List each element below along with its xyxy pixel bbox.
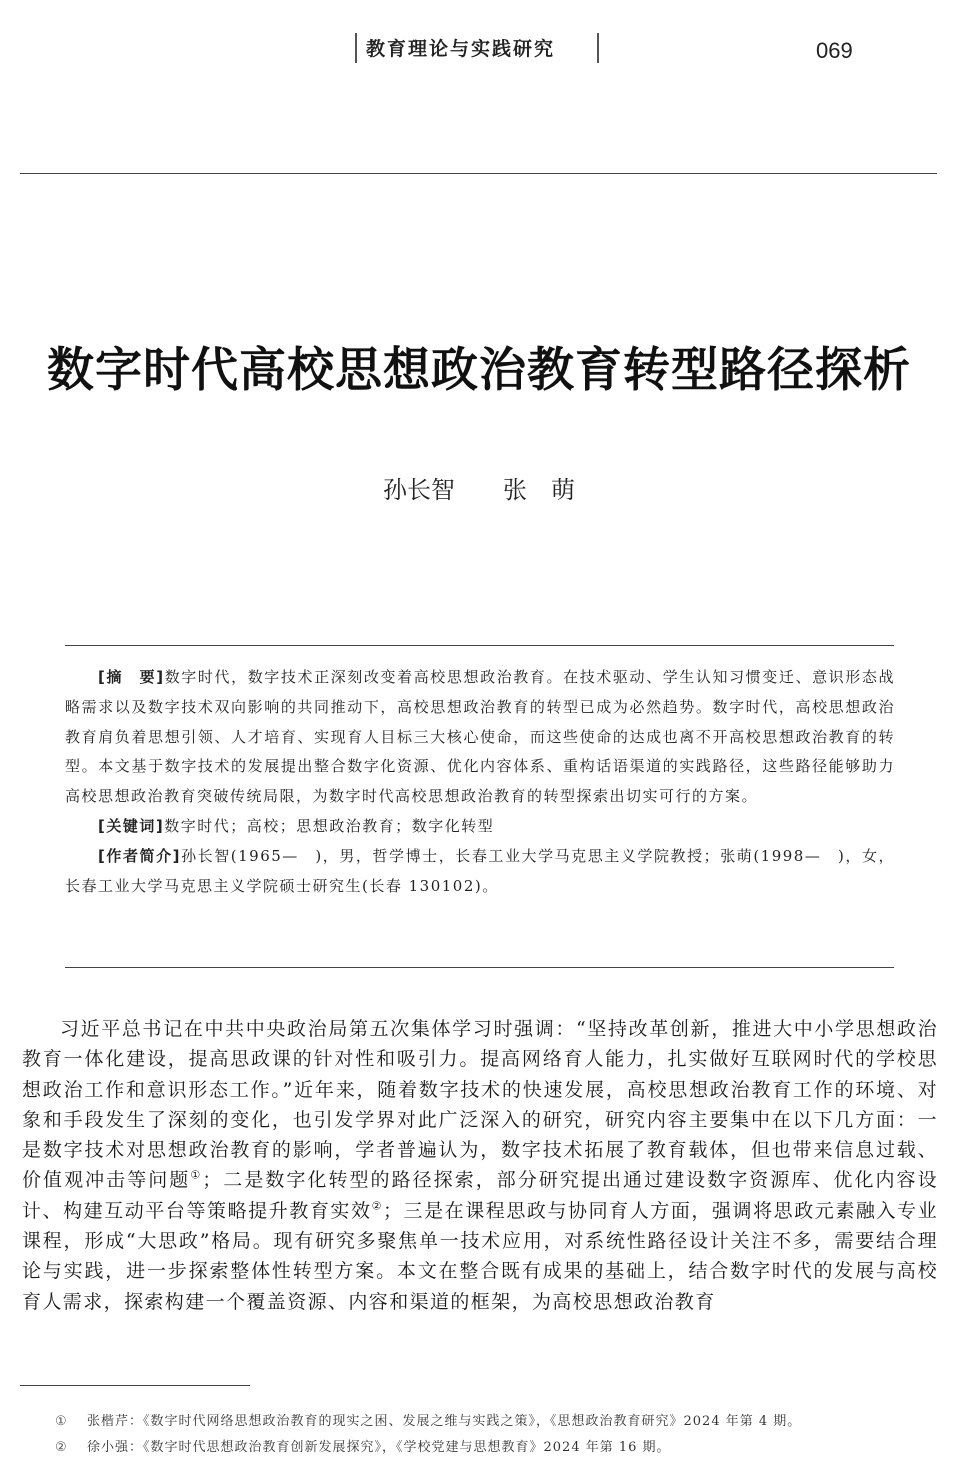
footnote-text: 徐小强：《数字时代思想政治教育创新发展探究》，《学校党建与思想教育》2024 年… xyxy=(87,1435,671,1461)
author-bio-paragraph: [作者简介]孙长智(1965— )，男，哲学博士，长春工业大学马克思主义学院教授… xyxy=(65,842,895,902)
header-rule xyxy=(20,173,937,174)
footnote-item: ①张楷芹：《数字时代网络思想政治教育的现实之困、发展之维与实践之策》，《思想政治… xyxy=(55,1409,935,1435)
body-text-segment: 习近平总书记在中共中央政治局第五次集体学习时强调：“坚持改革创新，推进大中小学思… xyxy=(22,1018,938,1191)
author-2: 张 萌 xyxy=(503,476,575,504)
body-text: 习近平总书记在中共中央政治局第五次集体学习时强调：“坚持改革创新，推进大中小学思… xyxy=(22,1014,938,1317)
footnote-separator xyxy=(20,1385,250,1386)
keywords-paragraph: [关键词]数字时代；高校；思想政治教育；数字化转型 xyxy=(65,812,895,842)
footnote-ref-1[interactable]: ① xyxy=(190,1169,202,1182)
footnote-mark: ② xyxy=(55,1435,87,1461)
footnote-mark: ① xyxy=(55,1409,87,1435)
header-right-divider xyxy=(597,33,599,63)
article-title: 数字时代高校思想政治教育转型路径探析 xyxy=(0,333,958,400)
body-paragraph: 习近平总书记在中共中央政治局第五次集体学习时强调：“坚持改革创新，推进大中小学思… xyxy=(22,1014,938,1317)
journal-section-name: 教育理论与实践研究 xyxy=(366,34,555,61)
footnotes: ①张楷芹：《数字时代网络思想政治教育的现实之困、发展之维与实践之策》，《思想政治… xyxy=(55,1409,935,1461)
keywords-text: 数字时代；高校；思想政治教育；数字化转型 xyxy=(164,817,494,835)
footnote-ref-2[interactable]: ② xyxy=(372,1199,383,1212)
abstract-label: [摘 要] xyxy=(98,668,165,686)
abstract-text: 数字时代，数字技术正深刻改变着高校思想政治教育。在技术驱动、学生认知习惯变迁、意… xyxy=(65,668,895,805)
header-left-divider xyxy=(355,33,357,63)
author-1: 孙长智 xyxy=(383,476,455,504)
article-authors: 孙长智 张 萌 xyxy=(0,470,958,505)
abstract-top-rule xyxy=(65,645,894,646)
abstract-block: [摘 要]数字时代，数字技术正深刻改变着高校思想政治教育。在技术驱动、学生认知习… xyxy=(65,663,895,901)
author-bio-text: 孙长智(1965— )，男，哲学博士，长春工业大学马克思主义学院教授；张萌(19… xyxy=(65,847,895,895)
footnote-item: ②徐小强：《数字时代思想政治教育创新发展探究》，《学校党建与思想教育》2024 … xyxy=(55,1435,935,1461)
abstract-paragraph: [摘 要]数字时代，数字技术正深刻改变着高校思想政治教育。在技术驱动、学生认知习… xyxy=(65,663,895,812)
keywords-label: [关键词] xyxy=(98,817,164,835)
abstract-bottom-rule xyxy=(65,967,894,968)
author-bio-label: [作者简介] xyxy=(98,847,181,865)
footnote-text: 张楷芹：《数字时代网络思想政治教育的现实之困、发展之维与实践之策》，《思想政治教… xyxy=(87,1409,801,1435)
page-number: 069 xyxy=(816,38,853,64)
